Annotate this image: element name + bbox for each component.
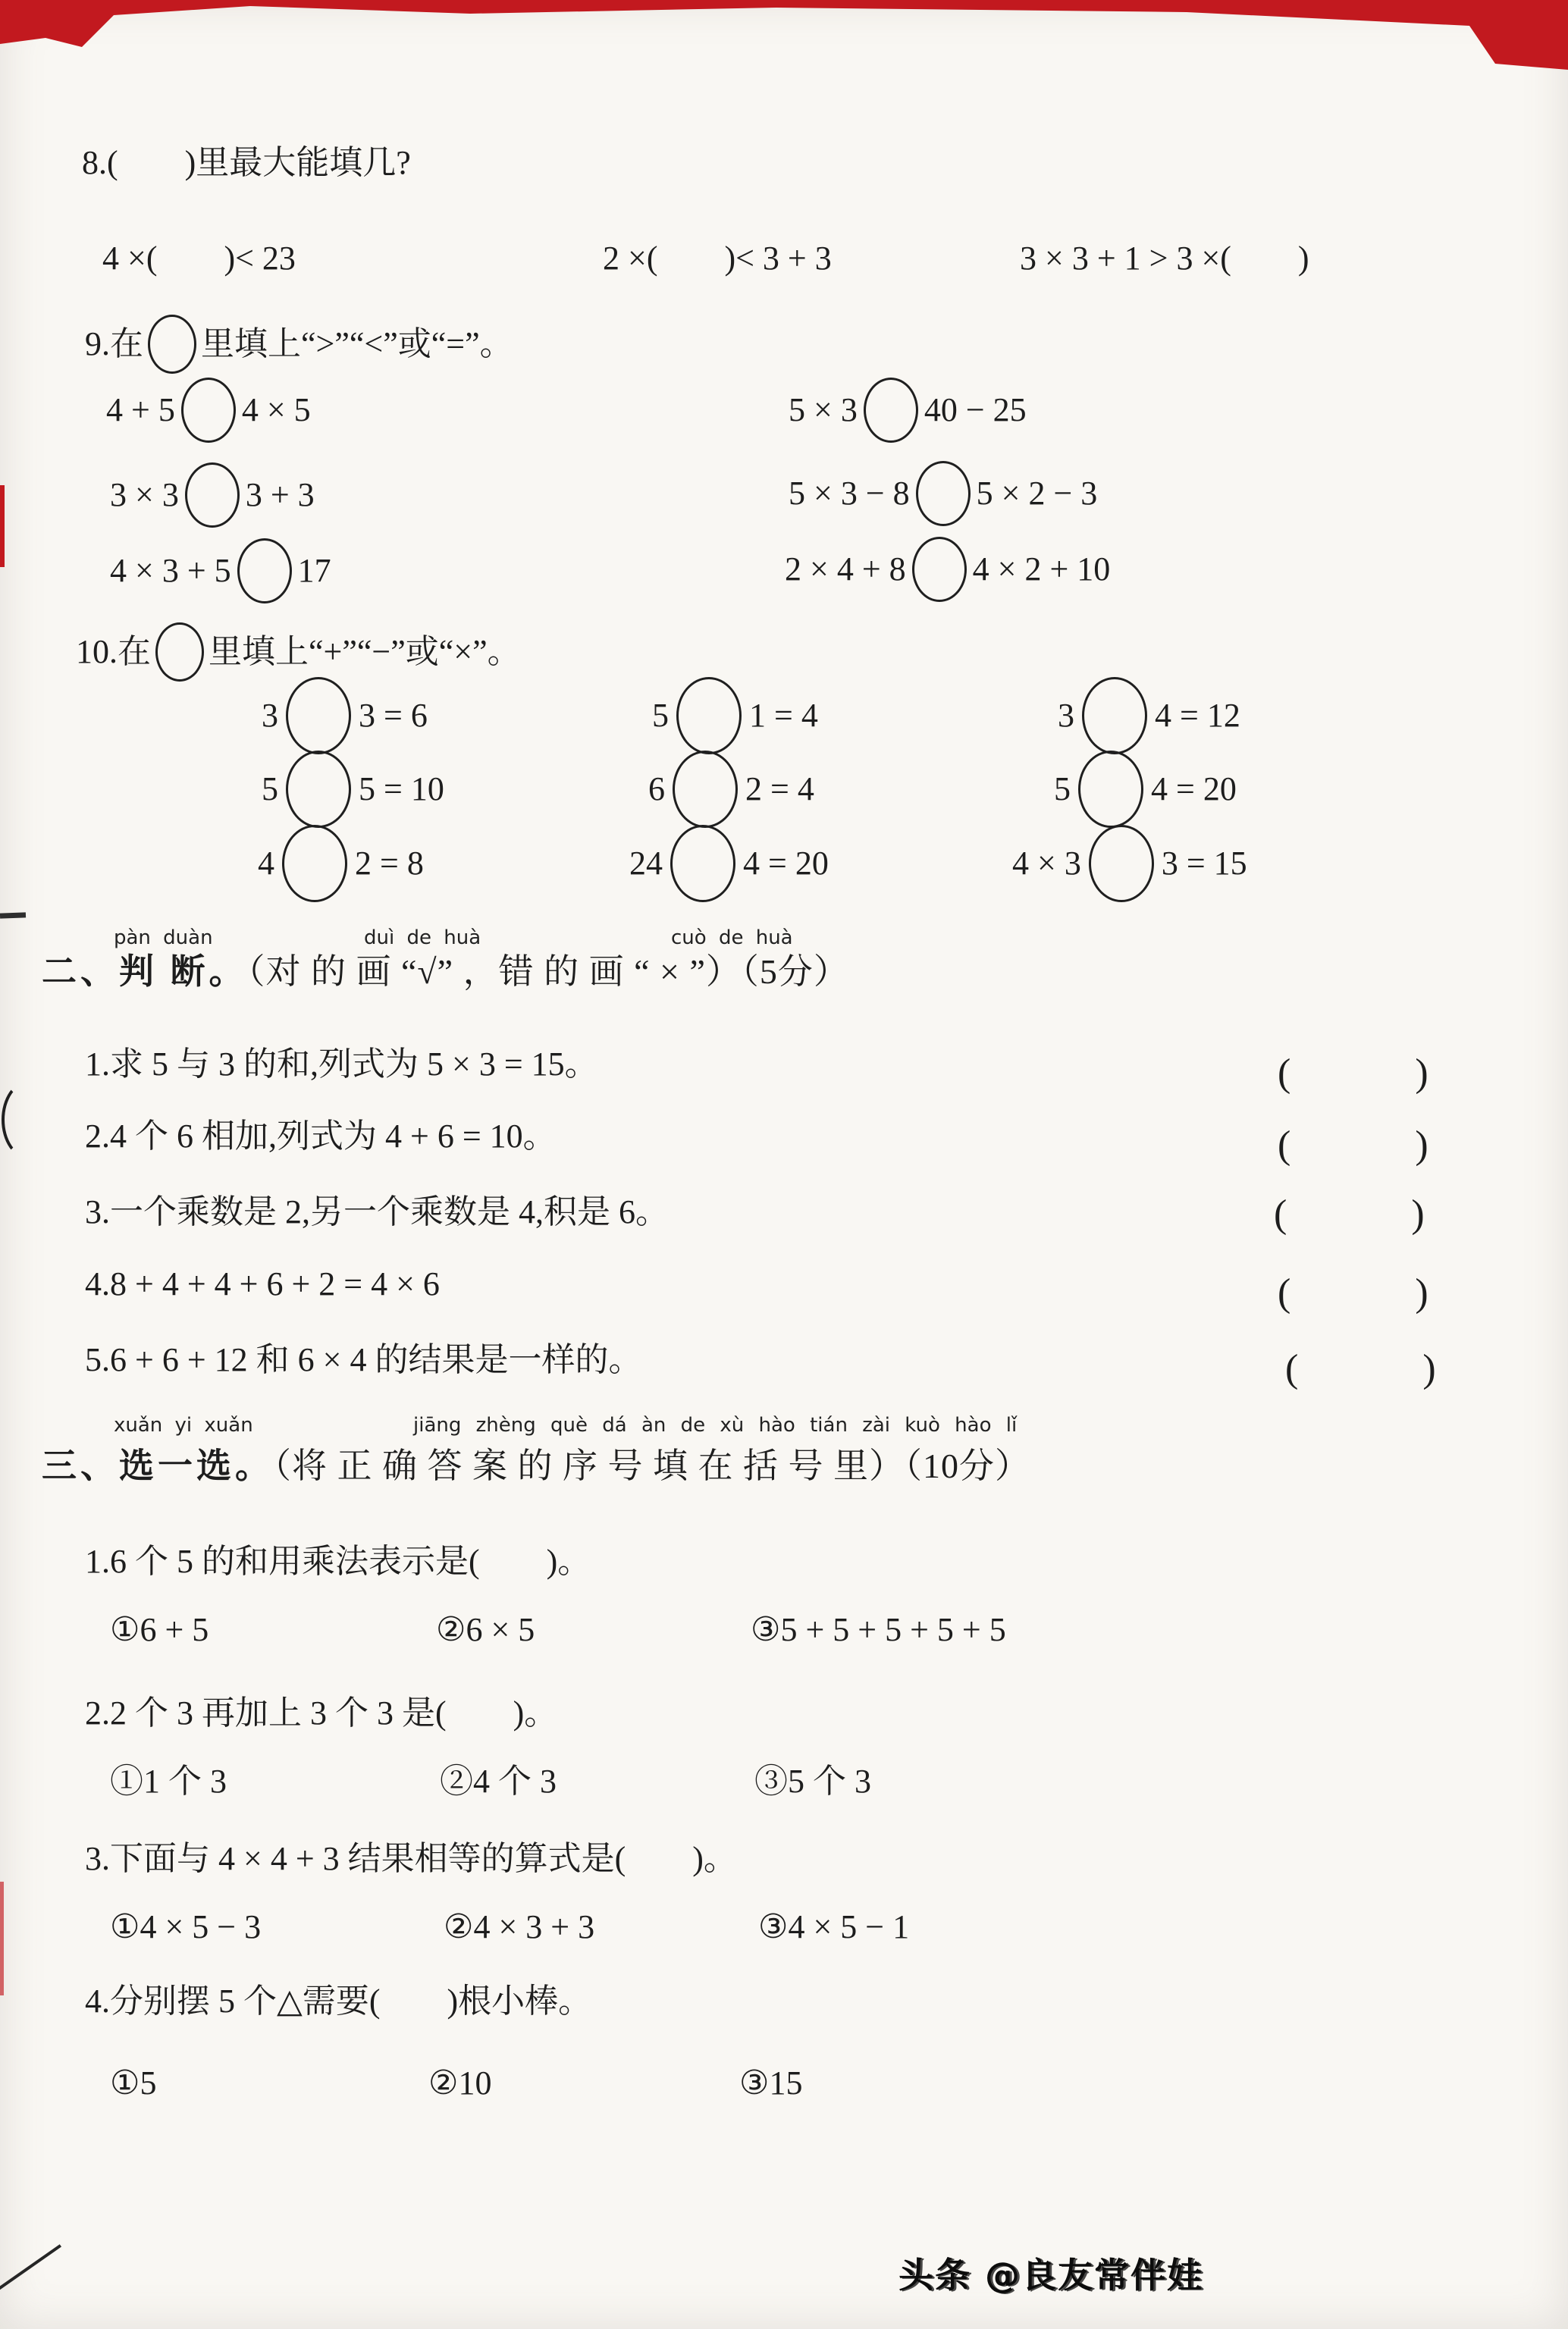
pinyin-pan-duan: pàn duàn xyxy=(114,926,213,949)
pinyin-jiang-zheng-que: jiāng zhèng què dá àn de xù hào tián zài… xyxy=(413,1414,1017,1437)
pinyin-dui-de-hua: duì de huà xyxy=(364,926,481,949)
choice-q4-option-1: ①5 xyxy=(110,2064,156,2103)
expression: 4 = 12 xyxy=(1155,697,1240,735)
expression: 5 = 10 xyxy=(359,770,444,809)
judge-item-3: 3.一个乘数是 2,另一个乘数是 4,积是 6。 xyxy=(85,1193,669,1232)
expression: 3 + 3 xyxy=(246,476,315,515)
choice-q1-stem: 1.6 个 5 的和用乘法表示是( )。 xyxy=(85,1543,591,1581)
compare-circle xyxy=(916,461,971,526)
red-border-left-sliver xyxy=(0,485,5,567)
choice-q4-option-2: ②10 xyxy=(428,2064,491,2103)
answer-paren-5: ( ) xyxy=(1285,1336,1438,1393)
q9-row1-left: 4 + 5 4 × 5 xyxy=(106,378,311,443)
judge-item-1: 1.求 5 与 3 的和,列式为 5 × 3 = 15。 xyxy=(85,1045,598,1084)
q8-equation-2: 2 ×( )< 3 + 3 xyxy=(603,240,832,278)
red-border-left-sliver-2 xyxy=(0,1882,4,1995)
expression: 3 × 3 xyxy=(110,476,179,515)
expression: 4 × 3 + 5 xyxy=(110,552,231,591)
q9-title-tail: 里填上“>”“<”或“=”。 xyxy=(201,325,513,364)
choice-q3-option-3: ③4 × 5 − 1 xyxy=(758,1908,909,1947)
compare-circle xyxy=(864,378,918,443)
q8-title: 8.( )里最大能填几? xyxy=(82,144,411,183)
q10-title: 10.在 里填上“+”“−”或“×”。 xyxy=(76,618,521,686)
expression: 24 xyxy=(629,845,663,883)
q8-equation-3: 3 × 3 + 1 > 3 ×( ) xyxy=(1020,240,1309,278)
q10-cell: 24 4 = 20 xyxy=(629,825,829,902)
q10-cell: 3 4 = 12 xyxy=(1058,677,1240,754)
choice-q2-option-2: ②4 个 3 xyxy=(440,1763,557,1801)
q10-cell: 5 5 = 10 xyxy=(262,751,444,828)
operator-circle xyxy=(1078,751,1143,828)
section2-title-rest: （对 的 画 “√” ，错 的 画 “ × ”）（5分） xyxy=(248,952,849,991)
expression: 1 = 4 xyxy=(749,697,818,735)
q10-cell: 3 3 = 6 xyxy=(262,677,428,754)
choice-q4-option-3: ③15 xyxy=(739,2064,802,2103)
expression: 5 xyxy=(1054,770,1071,809)
q9-title: 9.在 里填上“>”“<”或“=”。 xyxy=(85,311,513,378)
expression: 2 × 4 + 8 xyxy=(785,550,906,589)
expression: 2 = 8 xyxy=(355,845,424,883)
operator-circle xyxy=(1089,825,1154,902)
section2-title-bold: 二、判 断。 xyxy=(42,952,248,991)
expression: 5 × 3 xyxy=(789,391,858,430)
expression: 3 = 15 xyxy=(1162,845,1247,883)
q10-cell: 6 2 = 4 xyxy=(648,751,814,828)
red-border-top xyxy=(0,0,1568,76)
expression: 4 × 5 xyxy=(242,391,311,430)
choice-q3-option-1: ①4 × 5 − 3 xyxy=(110,1908,261,1947)
q8-equation-1: 4 ×( )< 23 xyxy=(102,240,296,278)
q10-cell: 4 × 3 3 = 15 xyxy=(1012,825,1247,902)
expression: 3 xyxy=(262,697,278,735)
compare-circle xyxy=(912,537,967,602)
operator-circle xyxy=(286,751,351,828)
expression: 4 × 3 xyxy=(1012,845,1081,883)
expression: 4 × 2 + 10 xyxy=(973,550,1111,589)
choice-q1-option-2: ②6 × 5 xyxy=(436,1611,535,1650)
section3-title: 三、选一选。（将 正 确 答 案 的 序 号 填 在 括 号 里）（10分） xyxy=(42,1447,1030,1487)
expression: 2 = 4 xyxy=(745,770,814,809)
choice-q1-option-1: ①6 + 5 xyxy=(110,1611,209,1650)
section3-title-rest: （将 正 确 答 案 的 序 号 填 在 括 号 里）（10分） xyxy=(274,1447,1030,1485)
compare-circle xyxy=(237,538,292,603)
section2-title: 二、判 断。（对 的 画 “√” ，错 的 画 “ × ”）（5分） xyxy=(42,952,849,992)
answer-paren-3: ( ) xyxy=(1274,1181,1426,1238)
section3-title-bold: 三、选一选。 xyxy=(42,1447,274,1485)
judge-item-2: 2.4 个 6 相加,列式为 4 + 6 = 10。 xyxy=(85,1117,557,1156)
answer-paren-1: ( ) xyxy=(1278,1040,1430,1097)
expression: 5 xyxy=(262,770,278,809)
expression: 17 xyxy=(298,552,331,591)
expression: 5 × 3 − 8 xyxy=(789,475,910,513)
judge-item-5: 5.6 + 6 + 12 和 6 × 4 的结果是一样的。 xyxy=(85,1341,641,1380)
expression: 5 xyxy=(652,697,669,735)
choice-q3-stem: 3.下面与 4 × 4 + 3 结果相等的算式是( )。 xyxy=(85,1840,737,1879)
expression: 3 xyxy=(1058,697,1074,735)
choice-q3-option-2: ②4 × 3 + 3 xyxy=(444,1908,594,1947)
operator-circle xyxy=(676,677,742,754)
worksheet-page: 8.( )里最大能填几? 4 ×( )< 23 2 ×( )< 3 + 3 3 … xyxy=(0,0,1568,2329)
operator-circle xyxy=(670,825,735,902)
q10-cell: 4 2 = 8 xyxy=(258,825,424,902)
q9-row1-right: 5 × 3 40 − 25 xyxy=(789,378,1027,443)
answer-paren-2: ( ) xyxy=(1278,1112,1430,1169)
compare-circle xyxy=(181,378,236,443)
operator-circle xyxy=(1082,677,1147,754)
q10-title-tail: 里填上“+”“−”或“×”。 xyxy=(209,633,521,672)
scan-artifact-dash xyxy=(0,912,26,918)
expression: 4 = 20 xyxy=(743,845,829,883)
q10-title-lead: 10.在 xyxy=(76,633,151,672)
choice-q2-option-3: ③5 个 3 xyxy=(754,1763,871,1801)
q10-title-circle xyxy=(155,622,204,682)
scan-artifact-arc xyxy=(2,1080,56,1159)
expression: 4 = 20 xyxy=(1151,770,1237,809)
judge-item-4: 4.8 + 4 + 4 + 6 + 2 = 4 × 6 xyxy=(85,1265,440,1304)
pinyin-xuan-yi-xuan: xuǎn yi xuǎn xyxy=(114,1414,253,1437)
compare-circle xyxy=(185,462,240,528)
operator-circle xyxy=(286,677,351,754)
q9-title-lead: 9.在 xyxy=(85,325,143,364)
q9-row3-right: 2 × 4 + 8 4 × 2 + 10 xyxy=(785,537,1110,602)
expression: 5 × 2 − 3 xyxy=(977,475,1098,513)
operator-circle xyxy=(673,751,738,828)
q10-cell: 5 1 = 4 xyxy=(652,677,818,754)
q9-title-circle xyxy=(148,315,196,374)
choice-q2-stem: 2.2 个 3 再加上 3 个 3 是( )。 xyxy=(85,1694,557,1733)
q10-cell: 5 4 = 20 xyxy=(1054,751,1237,828)
choice-q2-option-1: ①1 个 3 xyxy=(110,1763,227,1801)
watermark-text: 头条 @良友常伴娃 xyxy=(898,2248,1203,2298)
expression: 40 − 25 xyxy=(924,391,1027,430)
choice-q4-stem: 4.分别摆 5 个△需要( )根小棒。 xyxy=(85,1983,591,2021)
q9-row2-right: 5 × 3 − 8 5 × 2 − 3 xyxy=(789,461,1097,526)
answer-paren-4: ( ) xyxy=(1278,1260,1430,1317)
expression: 4 xyxy=(258,845,274,883)
expression: 4 + 5 xyxy=(106,391,175,430)
expression: 6 xyxy=(648,770,665,809)
q9-row3-left: 4 × 3 + 5 17 xyxy=(110,538,331,603)
choice-q1-option-3: ③5 + 5 + 5 + 5 + 5 xyxy=(751,1611,1006,1650)
q9-row2-left: 3 × 3 3 + 3 xyxy=(110,462,315,528)
operator-circle xyxy=(282,825,347,902)
pinyin-cuo-de-hua: cuò de huà xyxy=(671,926,793,949)
expression: 3 = 6 xyxy=(359,697,428,735)
